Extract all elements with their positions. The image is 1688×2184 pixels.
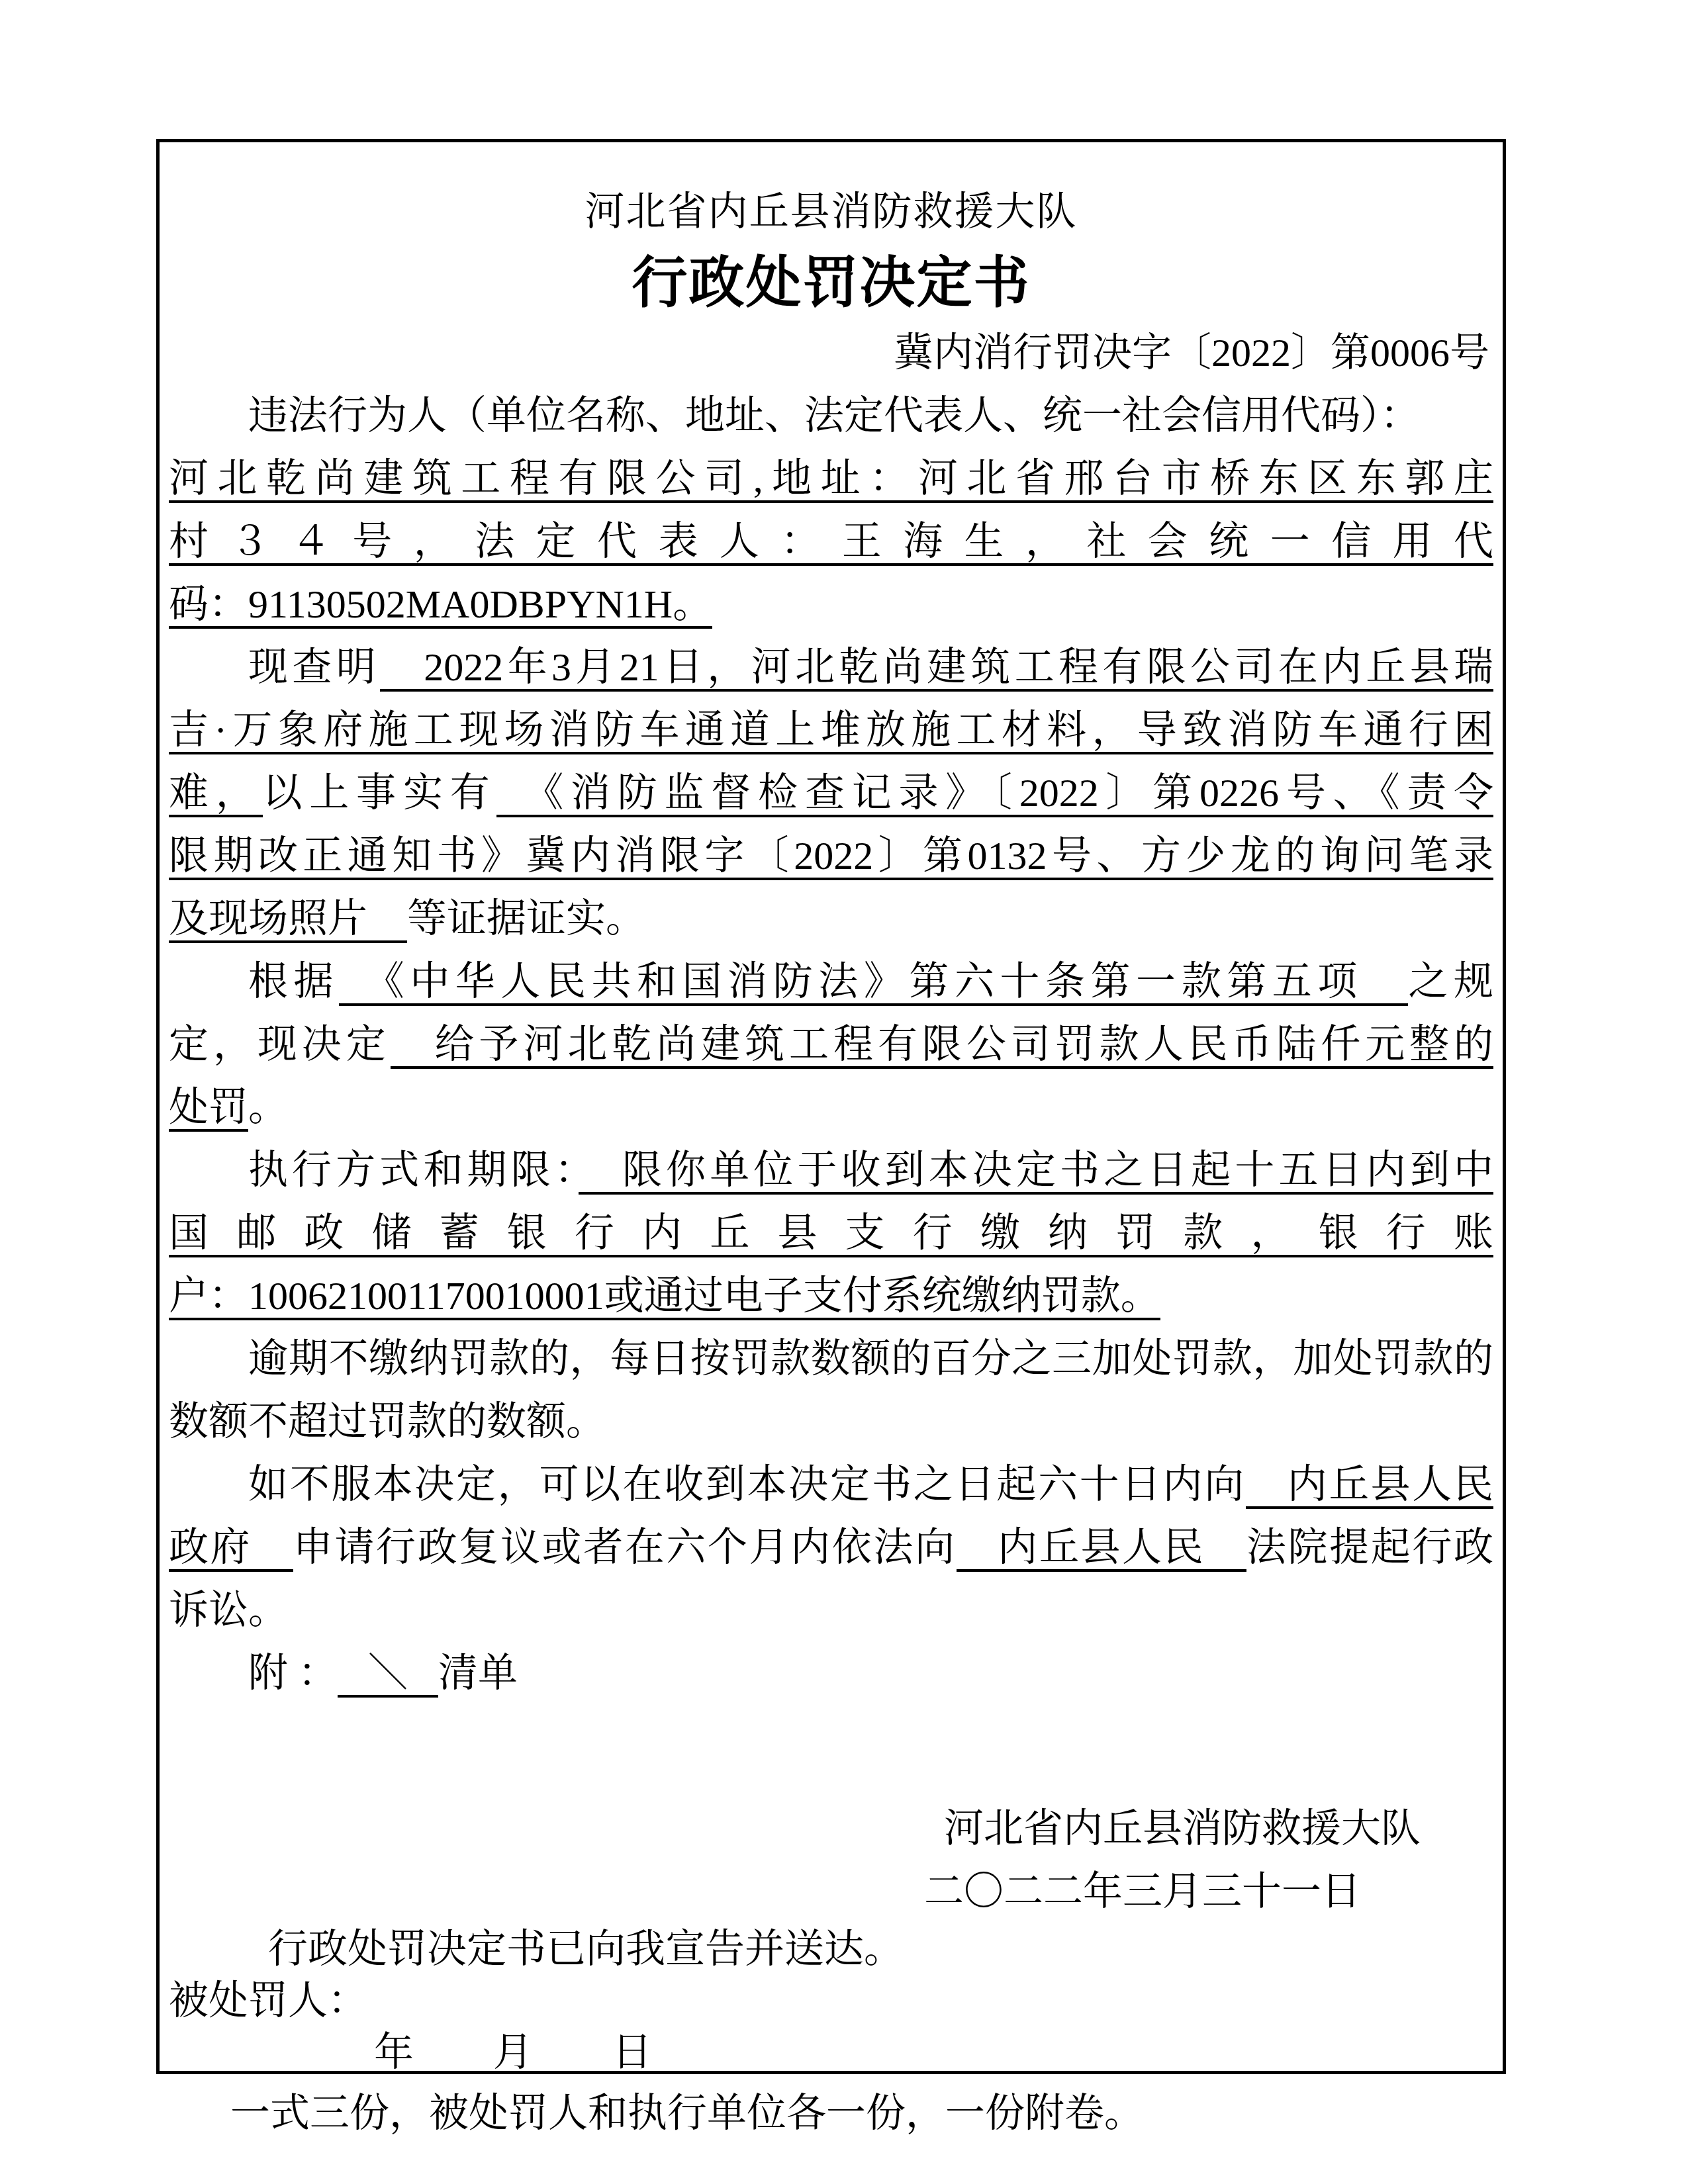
- template-text: 法院提起行政: [1246, 1525, 1493, 1569]
- facts-line-5: 及现场照片 等证据证实。: [169, 887, 1493, 950]
- document-page: 河北省内丘县消防救援大队 行政处罚决定书 冀内消行罚决字〔2022〕第0006号…: [0, 0, 1688, 2184]
- signature-date: 二〇二二年三月三十一日: [169, 1860, 1493, 1923]
- filled-blank: 《中华人民共和国消防法》第六十条第一款第五项: [339, 960, 1408, 1006]
- appeal-line-1: 如不服本决定，可以在收到本决定书之日起六十日内向 内丘县人民: [169, 1453, 1493, 1516]
- delivery-notice: 行政处罚决定书已向我宣告并送达。: [169, 1923, 1493, 1975]
- filled-blank: 户：100621001170010001或通过电子支付系统缴纳罚款。: [169, 1274, 1160, 1320]
- filled-blank: 政府: [169, 1525, 293, 1572]
- template-text: 申请行政复议或者在六个月内依法向: [293, 1525, 957, 1569]
- template-text: 附 ：: [248, 1651, 338, 1695]
- date-blank-line: 年 月 日: [169, 2026, 1493, 2078]
- filled-blank: 给予河北乾尚建筑工程有限公司罚款人民币陆仟元整的: [391, 1023, 1493, 1069]
- template-text: 执行方式和期限：: [248, 1148, 579, 1192]
- appeal-line-3: 诉讼。: [169, 1579, 1493, 1642]
- punished-party-label: 被处罚人：: [169, 1975, 1493, 2026]
- filled-blank: 码：91130502MA0DBPYN1H。: [169, 582, 712, 629]
- issuing-agency-header: 河北省内丘县消防救援大队: [169, 181, 1493, 244]
- template-text: 根据: [248, 960, 339, 1003]
- facts-line-2: 吉·万象府施工现场消防车通道上堆放施工材料，导致消防车通行困: [169, 699, 1493, 762]
- signature-agency: 河北省内丘县消防救援大队: [169, 1797, 1493, 1860]
- template-text: 现查明: [248, 645, 380, 689]
- template-text: 违法行为人（单位名称、地址、法定代表人、统一社会信用代码）：: [248, 394, 1420, 437]
- template-text: 定，现决定: [169, 1023, 391, 1066]
- template-text: 诉讼。: [169, 1588, 288, 1632]
- legal-basis-line-1: 根据 《中华人民共和国消防法》第六十条第一款第五项 之规: [169, 950, 1493, 1013]
- attachment-blank-slash: ＼: [338, 1651, 438, 1698]
- template-text: 等证据证实。: [407, 897, 645, 940]
- party-fill-line-3: 码：91130502MA0DBPYN1H。: [169, 573, 1493, 636]
- filled-blank: 吉·万象府施工现场消防车通道上堆放施工材料，导致消防车通行困: [169, 708, 1493, 754]
- execution-line-2: 国邮政储蓄银行内丘县支行缴纳罚款，银行账: [169, 1202, 1493, 1265]
- facts-line-3: 难，以上事实有 《消防监督检查记录》〔2022〕第0226号、《责令: [169, 762, 1493, 825]
- document-border-frame: 河北省内丘县消防救援大队 行政处罚决定书 冀内消行罚决字〔2022〕第0006号…: [156, 139, 1506, 2074]
- overdue-line-2: 数额不超过罚款的数额。: [169, 1390, 1493, 1453]
- appeal-line-2: 政府 申请行政复议或者在六个月内依法向 内丘县人民 法院提起行政: [169, 1516, 1493, 1579]
- execution-line-1: 执行方式和期限： 限你单位于收到本决定书之日起十五日内到中: [169, 1139, 1493, 1202]
- filled-blank: 国邮政储蓄银行内丘县支行缴纳罚款，银行账: [169, 1211, 1493, 1257]
- template-text: 之规: [1408, 960, 1493, 1003]
- legal-basis-line-3: 处罚。: [169, 1076, 1493, 1139]
- template-text: 以上事实有: [263, 771, 497, 815]
- copies-footnote: 一式三份，被处罚人和执行单位各一份，一份附卷。: [230, 2090, 1144, 2136]
- overdue-line-1: 逾期不缴纳罚款的，每日按罚款数额的百分之三加处罚款，加处罚款的: [169, 1328, 1493, 1390]
- template-text: 清单: [438, 1651, 518, 1695]
- filled-blank: 内丘县人民: [1246, 1463, 1493, 1509]
- party-fill-line-1: 河北乾尚建筑工程有限公司,地址：河北省邢台市桥东区东郭庄: [169, 447, 1493, 510]
- filled-blank: 处罚: [169, 1085, 248, 1132]
- facts-line-1: 现查明 2022年3月21日，河北乾尚建筑工程有限公司在内丘县瑞: [169, 636, 1493, 699]
- template-text: 。: [248, 1085, 288, 1129]
- filled-blank: 《消防监督检查记录》〔2022〕第0226号、《责令: [496, 771, 1493, 817]
- template-text: 如不服本决定，可以在收到本决定书之日起六十日内向: [248, 1463, 1246, 1506]
- document-title: 行政处罚决定书: [169, 244, 1493, 322]
- filled-blank: 内丘县人民: [957, 1525, 1246, 1572]
- attachment-line: 附 ：＼清单: [169, 1642, 1493, 1705]
- filled-blank: 难，: [169, 771, 263, 817]
- facts-line-4: 限期改正通知书》冀内消限字〔2022〕第0132号、方少龙的询问笔录: [169, 825, 1493, 887]
- filled-blank: 限期改正通知书》冀内消限字〔2022〕第0132号、方少龙的询问笔录: [169, 834, 1493, 880]
- template-text: 数额不超过罚款的数额。: [169, 1400, 606, 1443]
- filled-blank: 及现场照片: [169, 897, 407, 943]
- document-number: 冀内消行罚决字〔2022〕第0006号: [169, 322, 1493, 385]
- execution-line-3: 户：100621001170010001或通过电子支付系统缴纳罚款。: [169, 1265, 1493, 1328]
- template-text: 逾期不缴纳罚款的，每日按罚款数额的百分之三加处罚款，加处罚款的: [248, 1337, 1493, 1381]
- legal-basis-line-2: 定，现决定 给予河北乾尚建筑工程有限公司罚款人民币陆仟元整的: [169, 1013, 1493, 1076]
- filled-blank: 2022年3月21日，河北乾尚建筑工程有限公司在内丘县瑞: [380, 645, 1493, 692]
- party-fill-line-2: 村３４号，法定代表人：王海生，社会统一信用代: [169, 510, 1493, 573]
- filled-blank: 限你单位于收到本决定书之日起十五日内到中: [579, 1148, 1493, 1195]
- filled-blank: 河北乾尚建筑工程有限公司,地址：河北省邢台市桥东区东郭庄: [169, 457, 1493, 503]
- filled-blank: 村３４号，法定代表人：王海生，社会统一信用代: [169, 520, 1493, 566]
- party-intro-line: 违法行为人（单位名称、地址、法定代表人、统一社会信用代码）：: [169, 385, 1493, 447]
